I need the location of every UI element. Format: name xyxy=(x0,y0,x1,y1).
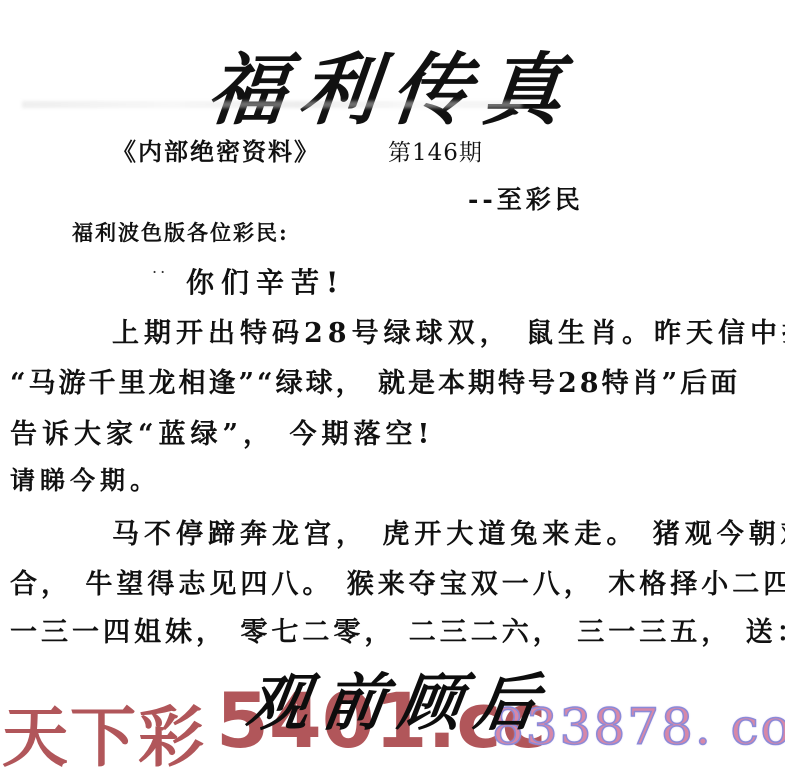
issue-number: 第146期 xyxy=(388,134,483,167)
document-title: 福利传真 xyxy=(0,28,785,140)
source-label: 《内部绝密资料》 xyxy=(112,132,320,167)
paragraph1-line2: “马游千里龙相逢”“绿球， 就是本期特号28特肖”后面 xyxy=(10,361,740,400)
paragraph2-line2: 合， 牛望得志见四八。 猴来夺宝双一八， 木格择小二四七。 xyxy=(10,562,785,601)
salutation-line: 福利波色版各位彩民: xyxy=(72,217,289,247)
fax-document-page: 福利传真 《内部绝密资料》 第146期 --至彩民 福利波色版各位彩民: .. … xyxy=(0,0,785,772)
scan-smudge-artifact xyxy=(22,101,522,108)
paragraph1-line3: 告诉大家“蓝绿”， 今期落空! xyxy=(10,412,434,451)
paragraph1-line4: 请睇今期。 xyxy=(10,461,160,497)
greeting-line: 你们辛苦! xyxy=(186,261,345,301)
pre-greeting-mark: .. xyxy=(152,258,168,277)
paragraph2-line1: 马不停蹄奔龙宫， 虎开大道兔来走。 猪观今朝鸡与 xyxy=(112,512,785,551)
watermark-brand-text: 天下彩 xyxy=(2,684,206,772)
paragraph2-line3: 一三一四姐妹， 零七二零， 二三二六， 三一三五， 送： 红绿 xyxy=(10,610,785,649)
closing-slogan: 观前顾后 xyxy=(242,653,559,742)
paragraph1-line1: 上期开出特码28号绿球双， 鼠生肖。昨天信中提供 xyxy=(112,311,785,350)
dedication-line: --至彩民 xyxy=(468,180,584,216)
